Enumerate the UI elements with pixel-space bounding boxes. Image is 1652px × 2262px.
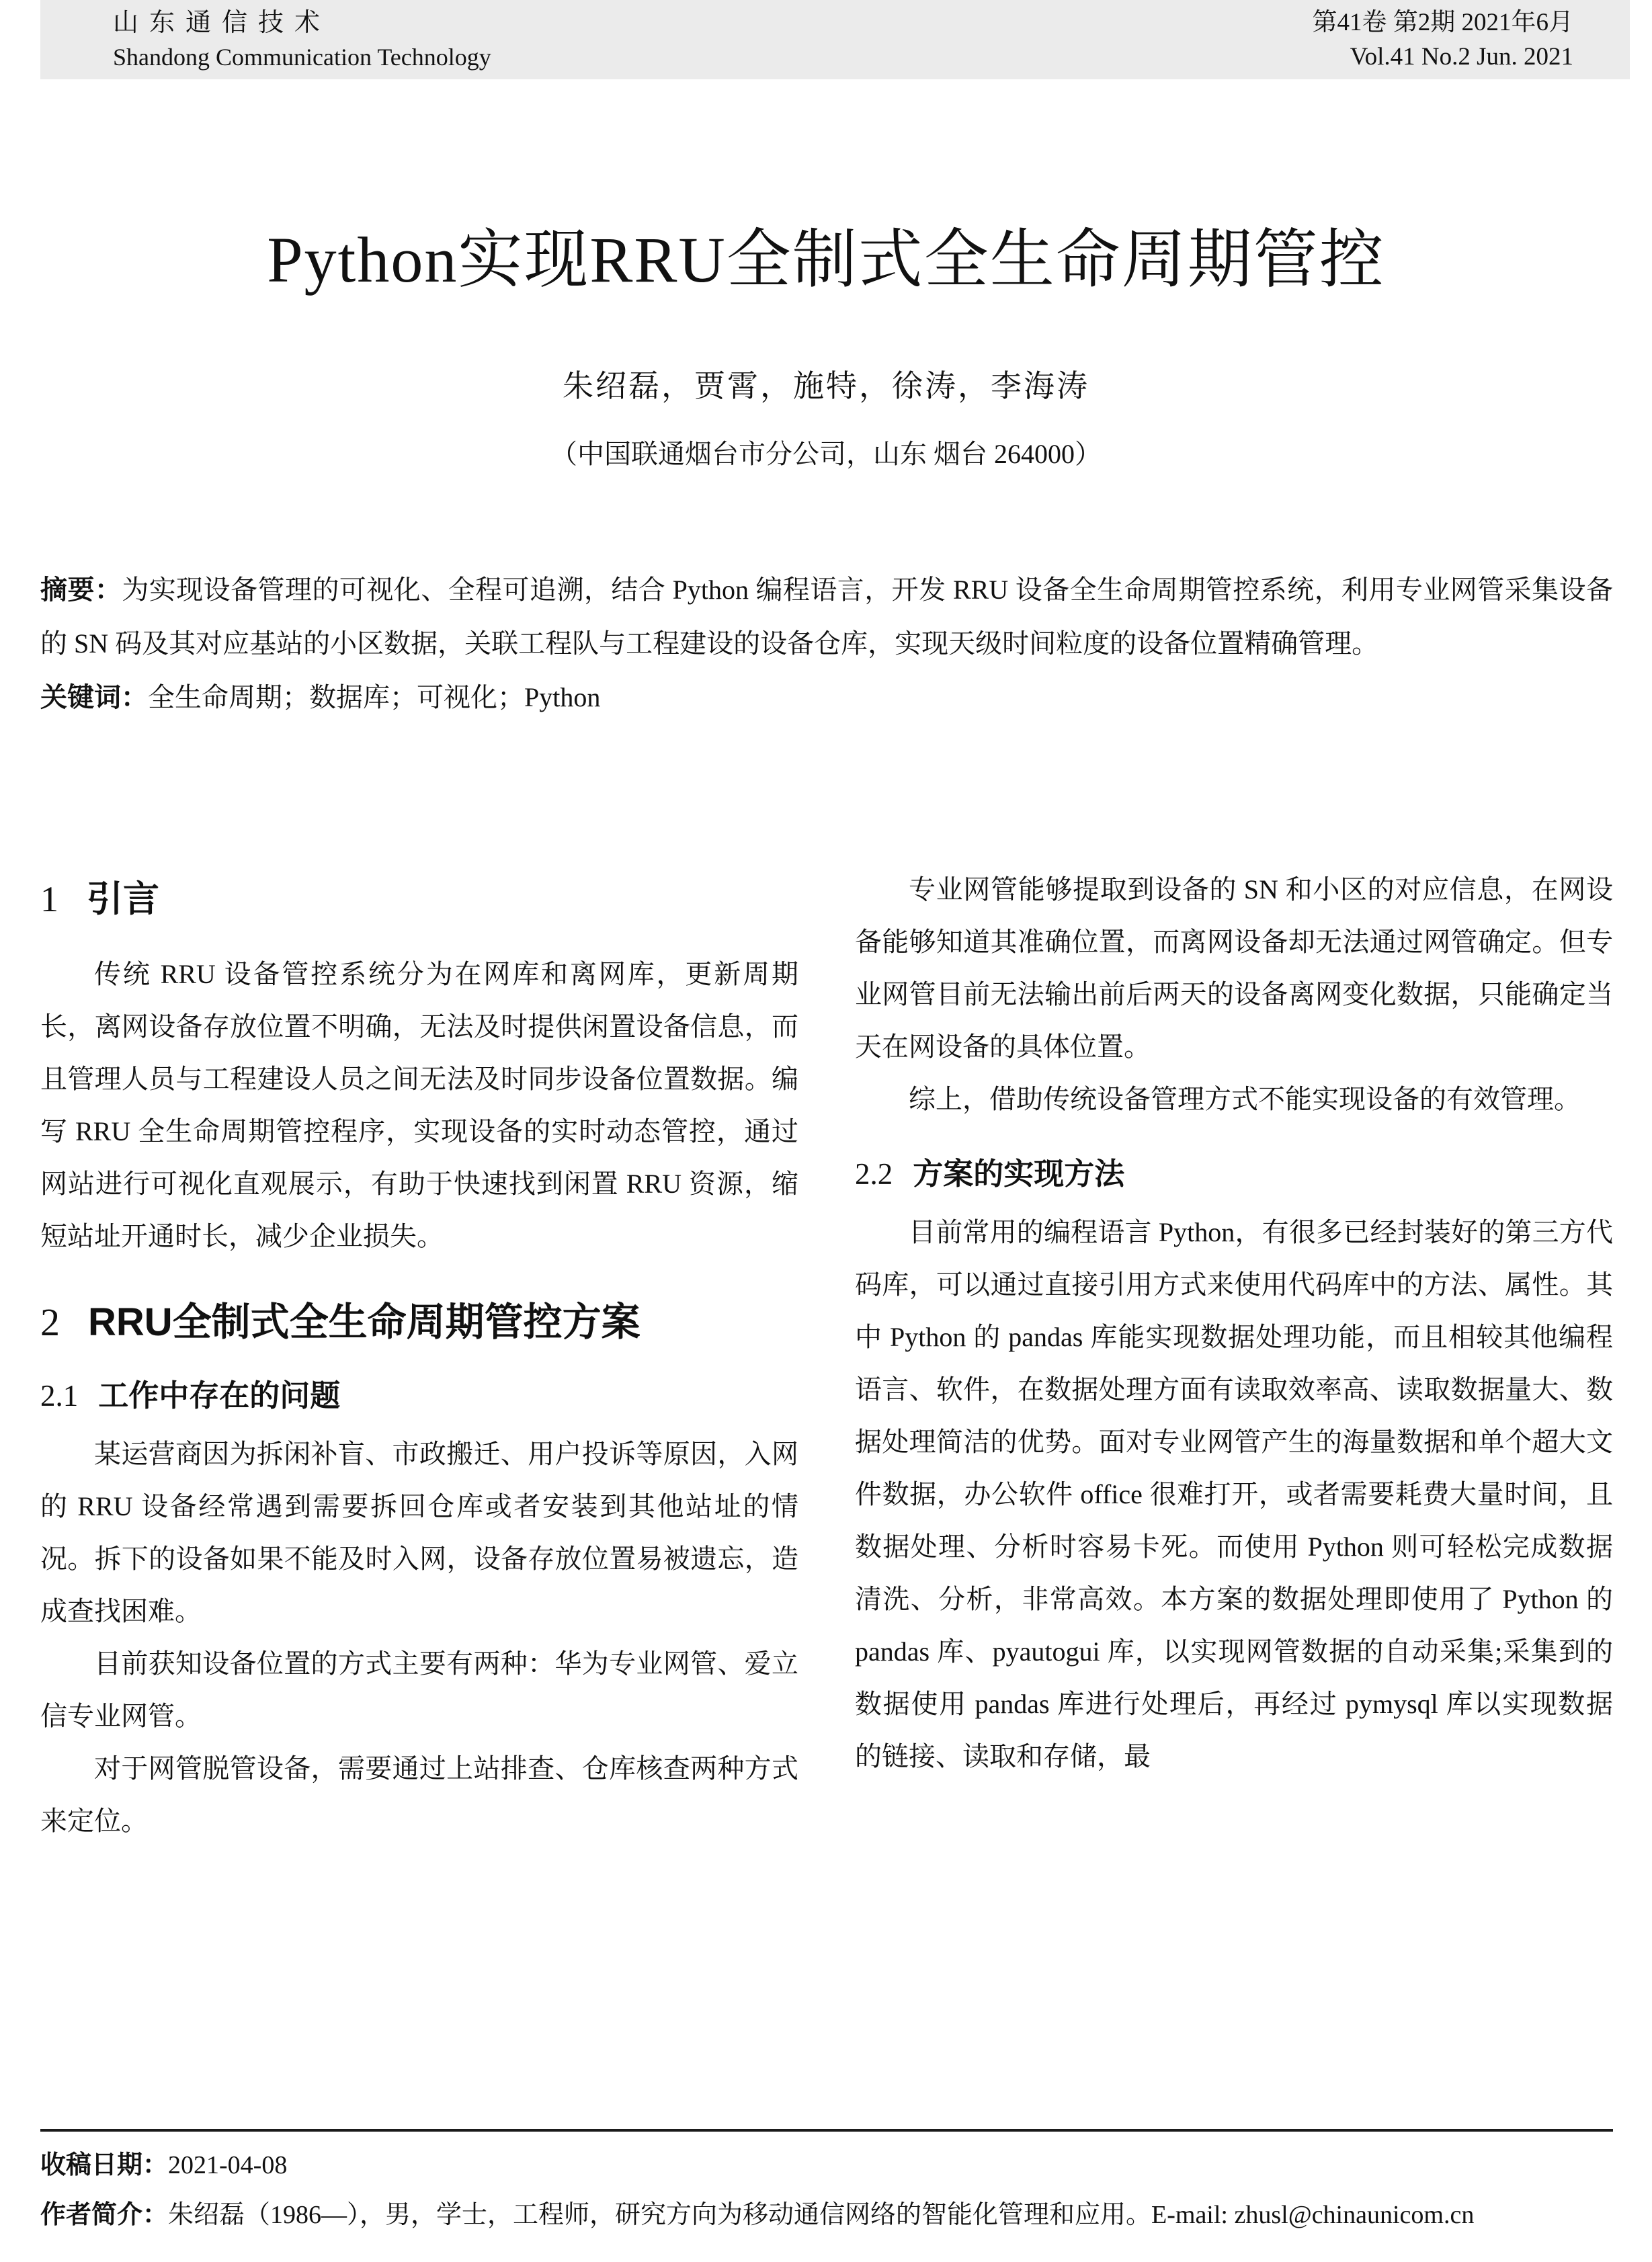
footnote-block: 收稿日期：2021-04-08 作者简介：朱绍磊（1986—），男，学士，工程师…: [40, 2129, 1613, 2231]
author-bio-label: 作者简介：: [40, 2201, 168, 2229]
section-2-1-paragraph-2: 目前获知设备位置的方式主要有两种：华为专业网管、爱立信专业网管。: [40, 1638, 798, 1743]
section-2-1-paragraph-1: 某运营商因为拆闲补盲、市政搬迁、用户投诉等原因，入网的 RRU 设备经常遇到需要…: [40, 1428, 798, 1638]
section-2-1-number: 2.1: [40, 1379, 78, 1413]
section-2-1-heading: 2.1工作中存在的问题: [40, 1376, 798, 1416]
issue-info-block: 第41卷 第2期 2021年6月 Vol.41 No.2 Jun. 2021: [1313, 5, 1574, 74]
section-1-number: 1: [40, 879, 58, 919]
article-authors: 朱绍磊，贾霄，施特，徐涛，李海涛: [0, 366, 1652, 407]
column-left: 1引言 传统 RRU 设备管控系统分为在网库和离网库，更新周期长，离网设备存放位…: [40, 864, 798, 1847]
author-bio-line: 作者简介：朱绍磊（1986—），男，学士，工程师，研究方向为移动通信网络的智能化…: [40, 2199, 1613, 2231]
column-right-paragraph-2: 综上，借助传统设备管理方式不能实现设备的有效管理。: [855, 1073, 1613, 1126]
abstract-block: 摘要：为实现设备管理的可视化、全程可追溯，结合 Python 编程语言，开发 R…: [40, 563, 1613, 724]
issue-info-en: Vol.41 No.2 Jun. 2021: [1313, 40, 1574, 74]
section-1-heading: 1引言: [40, 876, 798, 923]
column-right-paragraph-1: 专业网管能够提取到设备的 SN 和小区的对应信息，在网设备能够知道其准确位置，而…: [855, 864, 1613, 1073]
received-date-label: 收稿日期：: [40, 2151, 168, 2179]
journal-name-cn: 山东通信技术: [113, 5, 491, 40]
section-2-2-paragraph-1: 目前常用的编程语言 Python，有很多已经封装好的第三方代码库，可以通过直接引…: [855, 1206, 1613, 1783]
section-2-2-number: 2.2: [855, 1157, 893, 1191]
section-2-number: 2: [40, 1300, 60, 1344]
abstract-label: 摘要：: [40, 575, 122, 605]
keywords-text: 全生命周期；数据库；可视化；Python: [148, 682, 600, 712]
article-title: Python实现RRU全制式全生命周期管控: [0, 216, 1652, 304]
keywords-paragraph: 关键词：全生命周期；数据库；可视化；Python: [40, 671, 1613, 724]
section-2-2-heading: 2.2方案的实现方法: [855, 1154, 1613, 1194]
journal-masthead: 山东通信技术 Shandong Communication Technology…: [40, 0, 1630, 79]
section-1-title: 引言: [87, 879, 159, 919]
keywords-label: 关键词：: [40, 683, 148, 712]
received-date-value: 2021-04-08: [168, 2151, 287, 2179]
section-2-heading: 2RRU全制式全生命周期管控方案: [40, 1298, 798, 1347]
abstract-text: 为实现设备管理的可视化、全程可追溯，结合 Python 编程语言，开发 RRU …: [40, 575, 1613, 659]
journal-name-en: Shandong Communication Technology: [113, 40, 491, 74]
abstract-paragraph: 摘要：为实现设备管理的可视化、全程可追溯，结合 Python 编程语言，开发 R…: [40, 563, 1613, 671]
author-bio-text: 朱绍磊（1986—），男，学士，工程师，研究方向为移动通信网络的智能化管理和应用…: [168, 2201, 1474, 2229]
issue-info-cn: 第41卷 第2期 2021年6月: [1313, 5, 1574, 40]
section-1-paragraph-1: 传统 RRU 设备管控系统分为在网库和离网库，更新周期长，离网设备存放位置不明确…: [40, 948, 798, 1263]
received-date-line: 收稿日期：2021-04-08: [40, 2149, 1613, 2181]
article-affiliation: （中国联通烟台市分公司，山东 烟台 264000）: [0, 435, 1652, 473]
section-2-1-title: 工作中存在的问题: [98, 1378, 340, 1413]
column-right: 专业网管能够提取到设备的 SN 和小区的对应信息，在网设备能够知道其准确位置，而…: [855, 864, 1613, 1783]
section-2-title: RRU全制式全生命周期管控方案: [88, 1300, 641, 1344]
section-2-2-title: 方案的实现方法: [913, 1157, 1124, 1191]
journal-page: 山东通信技术 Shandong Communication Technology…: [0, 0, 1652, 2262]
footnote-divider: [40, 2129, 1613, 2132]
section-2-1-paragraph-3: 对于网管脱管设备，需要通过上站排查、仓库核查两种方式来定位。: [40, 1743, 798, 1847]
journal-name-block: 山东通信技术 Shandong Communication Technology: [113, 5, 491, 74]
